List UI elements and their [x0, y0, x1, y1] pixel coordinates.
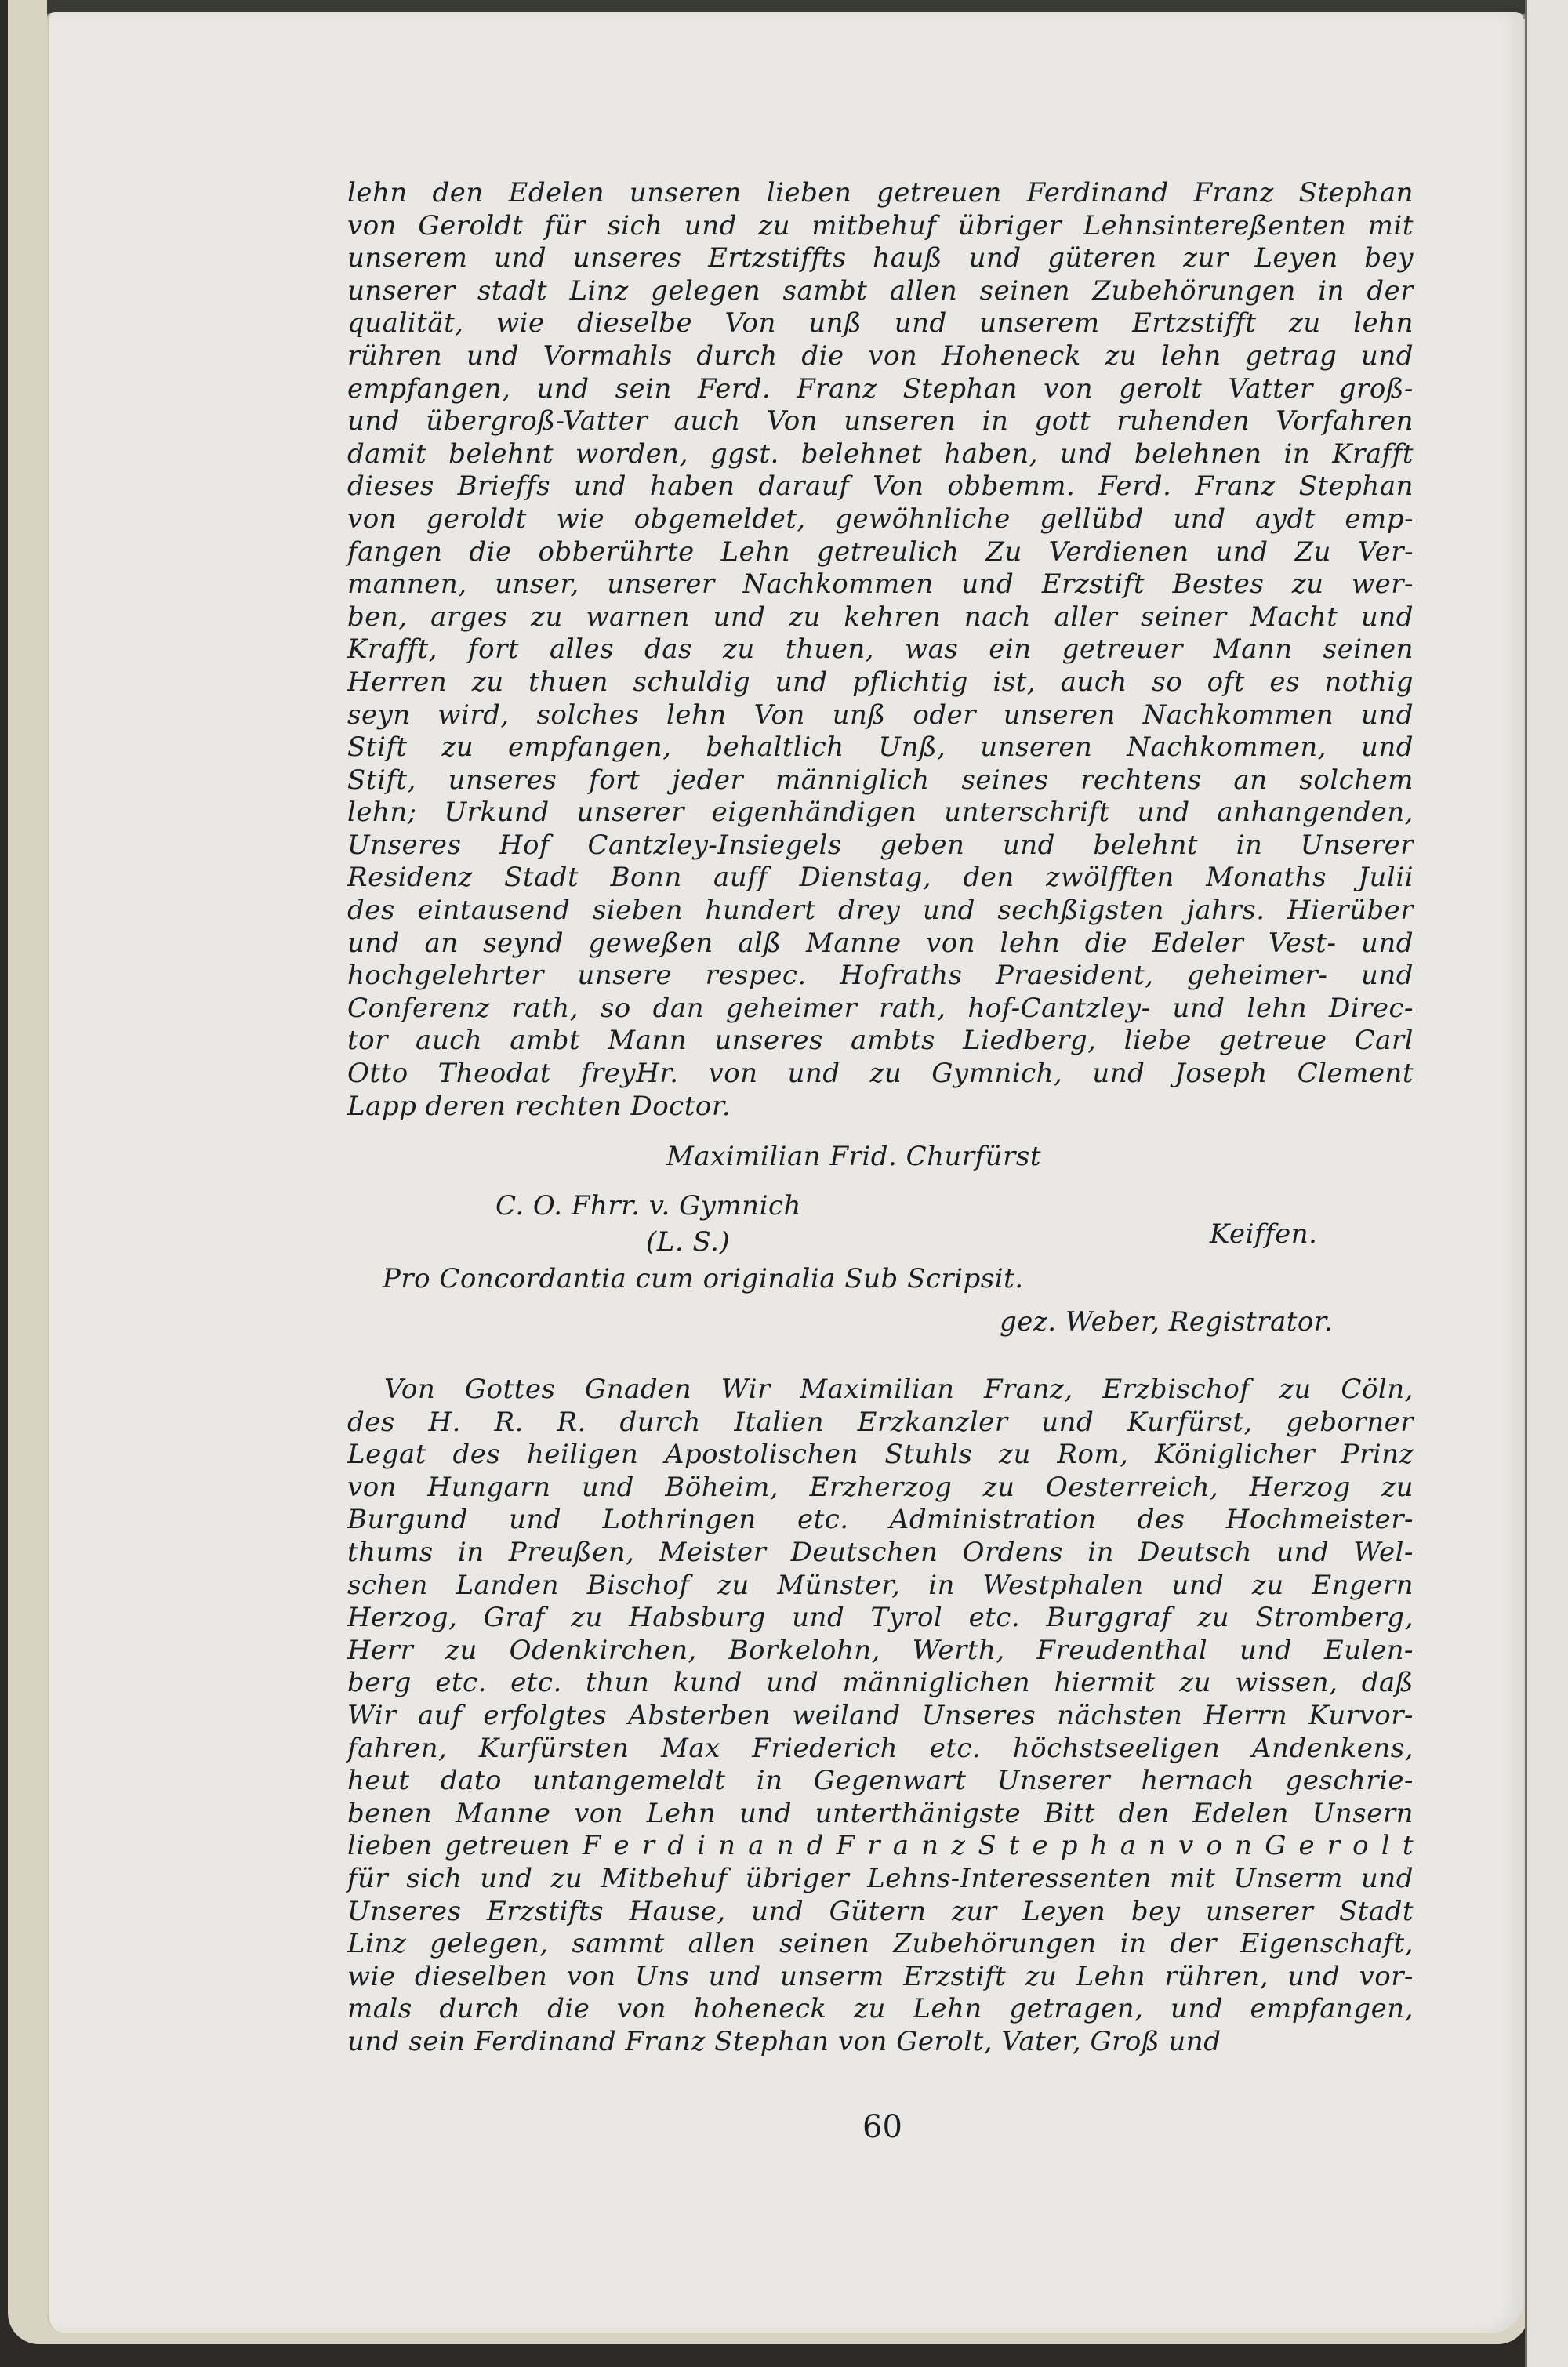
text-line: mannen, unser, unserer Nachkommen und Er… [347, 568, 1414, 601]
text-line: Residenz Stadt Bonn auff Dienstag, den z… [347, 862, 1414, 895]
signature-registrar: gez. Weber, Registrator. [1000, 1306, 1333, 1338]
text-line: dieses Brieffs und haben darauf Von obbe… [347, 470, 1414, 503]
text-line: unserer stadt Linz gelegen sambt allen s… [347, 275, 1414, 308]
text-line: empfangen, und sein Ferd. Franz Stephan … [347, 373, 1414, 406]
section-1-text: lehn den Edelen unseren lieben getreuen … [347, 177, 1414, 1123]
text-line: thums in Preußen, Meister Deutschen Orde… [347, 1537, 1414, 1570]
text-line: Unseres Erzstifts Hause, und Gütern zur … [347, 1896, 1414, 1929]
concordantia-note: Pro Concordantia cum originalia Sub Scri… [383, 1263, 1024, 1294]
text-line: von Hungarn und Böheim, Erzherzog zu Oes… [347, 1472, 1414, 1505]
text-line: berg etc. etc. thun kund und männigliche… [347, 1667, 1414, 1700]
text-line: Legat des heiligen Apostolischen Stuhls … [347, 1439, 1414, 1472]
text-line: des eintausend sieben hundert drey und s… [347, 895, 1414, 928]
text-line: für sich und zu Mitbehuf übriger Lehns-I… [347, 1863, 1414, 1896]
text-line: lehn den Edelen unseren lieben getreuen … [347, 177, 1414, 210]
seal-mark: (L. S.) [646, 1226, 730, 1258]
text-line: Wir auf erfolgtes Absterben weiland Unse… [347, 1700, 1414, 1733]
text-line: Stift, unseres fort jeder männiglich sei… [347, 764, 1414, 797]
text-line: tor auch ambt Mann unseres ambts Liedber… [347, 1025, 1414, 1058]
text-line: mals durch die von hoheneck zu Lehn getr… [347, 1993, 1414, 2026]
text-line: seyn wird, solches lehn Von unß oder uns… [347, 699, 1414, 732]
text-line: Otto Theodat freyHr. von und zu Gymnich,… [347, 1058, 1414, 1091]
text-line: Herzog, Graf zu Habsburg und Tyrol etc. … [347, 1602, 1414, 1635]
adjacent-page-edge [1525, 0, 1568, 2367]
text-line: damit belehnt worden, ggst. belehnet hab… [347, 438, 1414, 471]
text-line: schen Landen Bischof zu Münster, in West… [347, 1570, 1414, 1603]
text-line: und übergroß-Vatter auch Von unseren in … [347, 405, 1414, 438]
text-line: benen Manne von Lehn und unterthänigste … [347, 1798, 1414, 1831]
text-line: lehn; Urkund unserer eigenhändigen unter… [347, 797, 1414, 830]
text-line: Lapp deren rechten Doctor. [347, 1091, 1414, 1124]
text-line: fahren, Kurfürsten Max Friederich etc. h… [347, 1733, 1414, 1766]
text-line: rühren und Vormahls durch die von Hohene… [347, 340, 1414, 373]
text-line: Stift zu empfangen, behaltlich Unß, unse… [347, 732, 1414, 764]
text-line: Von Gottes Gnaden Wir Maximilian Franz, … [347, 1374, 1414, 1407]
text-line: fangen die obberührte Lehn getreulich Zu… [347, 536, 1414, 569]
text-line: hochgelehrter unsere respec. Hofraths Pr… [347, 960, 1414, 993]
text-line: von Geroldt für sich und zu mitbehuf übr… [347, 210, 1414, 243]
text-line: lieben getreuen F e r d i n a n d F r a … [347, 1830, 1414, 1863]
text-line: ben, arges zu warnen und zu kehren nach … [347, 601, 1414, 634]
section-2-text: Von Gottes Gnaden Wir Maximilian Franz, … [347, 1374, 1414, 2058]
signature-elector: Maximilian Frid. Churfürst [666, 1141, 1041, 1172]
text-line: qualität, wie dieselbe Von unß und unser… [347, 307, 1414, 340]
text-line: Krafft, fort alles das zu thuen, was ein… [347, 633, 1414, 666]
text-line: des H. R. R. durch Italien Erzkanzler un… [347, 1407, 1414, 1439]
text-line: Burgund und Lothringen etc. Administrati… [347, 1504, 1414, 1537]
text-line: Herr zu Odenkirchen, Borkelohn, Werth, F… [347, 1635, 1414, 1668]
signature-gymnich: C. O. Fhrr. v. Gymnich [495, 1190, 801, 1222]
page-number: 60 [862, 2109, 902, 2145]
text-line: von geroldt wie obgemeldet, gewöhnliche … [347, 503, 1414, 536]
text-line: heut dato untangemeldt in Gegenwart Unse… [347, 1765, 1414, 1798]
text-line: Conferenz rath, so dan geheimer rath, ho… [347, 993, 1414, 1026]
text-line: Linz gelegen, sammt allen seinen Zubehör… [347, 1928, 1414, 1961]
signature-keiffen: Keiffen. [1210, 1218, 1317, 1250]
text-line: Unseres Hof Cantzley-Insiegels geben und… [347, 830, 1414, 862]
text-line: wie dieselben von Uns und unserm Erzstif… [347, 1961, 1414, 1994]
text-line: Herren zu thuen schuldig und pflichtig i… [347, 666, 1414, 699]
text-line: unserem und unseres Ertzstiffts hauß und… [347, 242, 1414, 275]
text-line: und sein Ferdinand Franz Stephan von Ger… [347, 2026, 1414, 2059]
text-line: und an seynd geweßen alß Manne von lehn … [347, 928, 1414, 960]
